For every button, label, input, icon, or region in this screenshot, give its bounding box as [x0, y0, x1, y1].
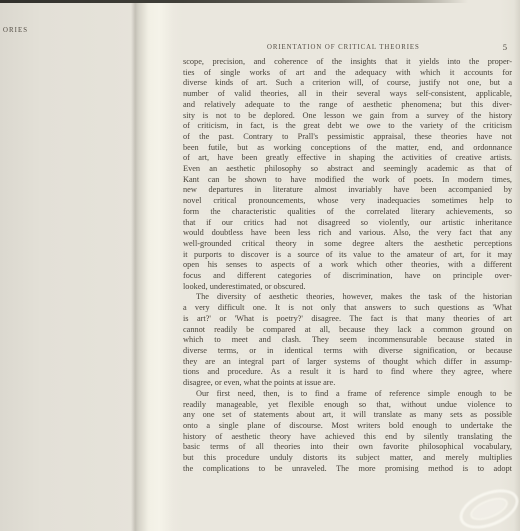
- right-page-text-line: readily manageable, yet flexible enough …: [183, 400, 512, 411]
- right-page-text-line: looked, underestimated, or obscured.: [183, 282, 512, 293]
- right-page-paragraphs: scope, precision, and coherence of the i…: [183, 57, 512, 474]
- page-number: 5: [503, 42, 507, 52]
- right-page-text-line: is art?' or 'What is poetry?' disagree. …: [183, 314, 512, 325]
- photo-top-edge-shadow: [0, 0, 520, 3]
- right-page-text-line: basic terms of all theories into their o…: [183, 442, 512, 453]
- right-page-text-line: would doubtless have been less rich and …: [183, 228, 512, 239]
- right-page-text-line: Our first need, then, is to find a frame…: [183, 389, 512, 400]
- right-page-text-line: of criticism, in fact, is the great debt…: [183, 121, 512, 132]
- right-page-text-line: it purports to discover is a source of i…: [183, 250, 512, 261]
- right-page-text-line: diverse kinds of art. Such a criterion w…: [183, 78, 512, 89]
- right-page-text-line: the complications to be unraveled. The m…: [183, 464, 512, 475]
- right-page-text-line: well-grounded critical theory in some de…: [183, 239, 512, 250]
- right-page-text-line: of the past. Contrary to Prall's pessimi…: [183, 132, 512, 143]
- right-page-text-line: novel critical pronouncements, whose ver…: [183, 196, 512, 207]
- right-page-text-line: Kant can be shown to have modified the w…: [183, 175, 512, 186]
- book-spread-photo: ORIES 'is in fact only a pseudo-tuff as …: [0, 0, 520, 531]
- right-page-text-line: a very difficult one. It is not only tha…: [183, 303, 512, 314]
- page-right-edge-shading: [514, 0, 520, 531]
- right-page-text-line: focus and different categories of discri…: [183, 271, 512, 282]
- right-page-text-line: cannot readily be compared at all, becau…: [183, 325, 512, 336]
- left-running-head-fragment: ORIES: [3, 27, 28, 34]
- right-page-text-line: of art, have been greatly effective in s…: [183, 153, 512, 164]
- right-page-text-line: sity is not to be deplored. One lesson w…: [183, 111, 512, 122]
- right-page-text-line: ties of single works of art and the adeq…: [183, 68, 512, 79]
- right-page-text-line: form the characteristic qualities of the…: [183, 207, 512, 218]
- right-page-text-line: any one set of statements about art, it …: [183, 410, 512, 421]
- right-page-text-line: open his senses to aspects of a work whi…: [183, 260, 512, 271]
- left-page: ORIES 'is in fact only a pseudo-tuff as …: [0, 0, 137, 531]
- right-page-text-line: but this procedure unduly distorts its s…: [183, 453, 512, 464]
- running-head: ORIENTATION OF CRITICAL THEORIES: [267, 44, 420, 51]
- page-gutter: [131, 0, 183, 531]
- right-page-text-line: scope, precision, and coherence of the i…: [183, 57, 512, 68]
- right-page-text-line: tions and procedure. As a result it is h…: [183, 367, 512, 378]
- right-page-text-line: that if our critics had not disagreed so…: [183, 218, 512, 229]
- right-page-text-line: which to meet and clash. They seem incom…: [183, 335, 512, 346]
- right-page-text-line: new departures in literature almost inva…: [183, 185, 512, 196]
- right-page-text-line: and relatively adequate to the range of …: [183, 100, 512, 111]
- right-page-text-line: history of aesthetic theory have achieve…: [183, 432, 512, 443]
- right-page-text-line: diverse terms, or in identical terms wit…: [183, 346, 512, 357]
- right-page-text-line: onto a single plane of discourse. Most w…: [183, 421, 512, 432]
- right-page-text-line: number of valid theories, all in their s…: [183, 89, 512, 100]
- right-page-text-line: been futile, but as working conceptions …: [183, 143, 512, 154]
- right-page-text-line: Even an aesthetic philosophy so abstract…: [183, 164, 512, 175]
- right-page-text-line: disagree, or even, what the points at is…: [183, 378, 512, 389]
- right-page-text-line: they are an integral part of larger syst…: [183, 357, 512, 368]
- right-page-header-row: ORIENTATION OF CRITICAL THEORIES 5: [183, 43, 512, 54]
- right-page-text-line: The diversity of aesthetic theories, how…: [183, 292, 512, 303]
